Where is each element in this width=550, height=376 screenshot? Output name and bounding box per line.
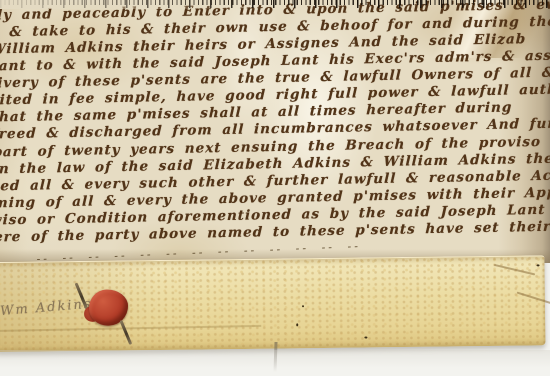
parchment-sheet: tly and peaceably to Enter into & upon t…: [0, 0, 550, 263]
scan-background-shade: [0, 350, 550, 376]
seal-slit-lower: [119, 320, 132, 345]
ink-speck: [537, 264, 540, 266]
fold-horizontal-crease: [0, 325, 261, 332]
ruler-fade-overlay: [0, 0, 260, 9]
manuscript-text-block: tly and peaceably to Enter into & upon t…: [0, 0, 550, 257]
signature-wm-adkins: Wm Adkins: [0, 297, 93, 320]
ink-speck: [296, 323, 298, 326]
ink-speck: [364, 336, 367, 338]
ink-speck: [302, 305, 304, 307]
parchment-fold-strip: Wm Adkins: [0, 255, 546, 352]
scratch-mark: [494, 264, 535, 275]
scratch-mark: [517, 292, 550, 307]
scanned-parchment-photo: tly and peaceably to Enter into & upon t…: [0, 0, 550, 376]
